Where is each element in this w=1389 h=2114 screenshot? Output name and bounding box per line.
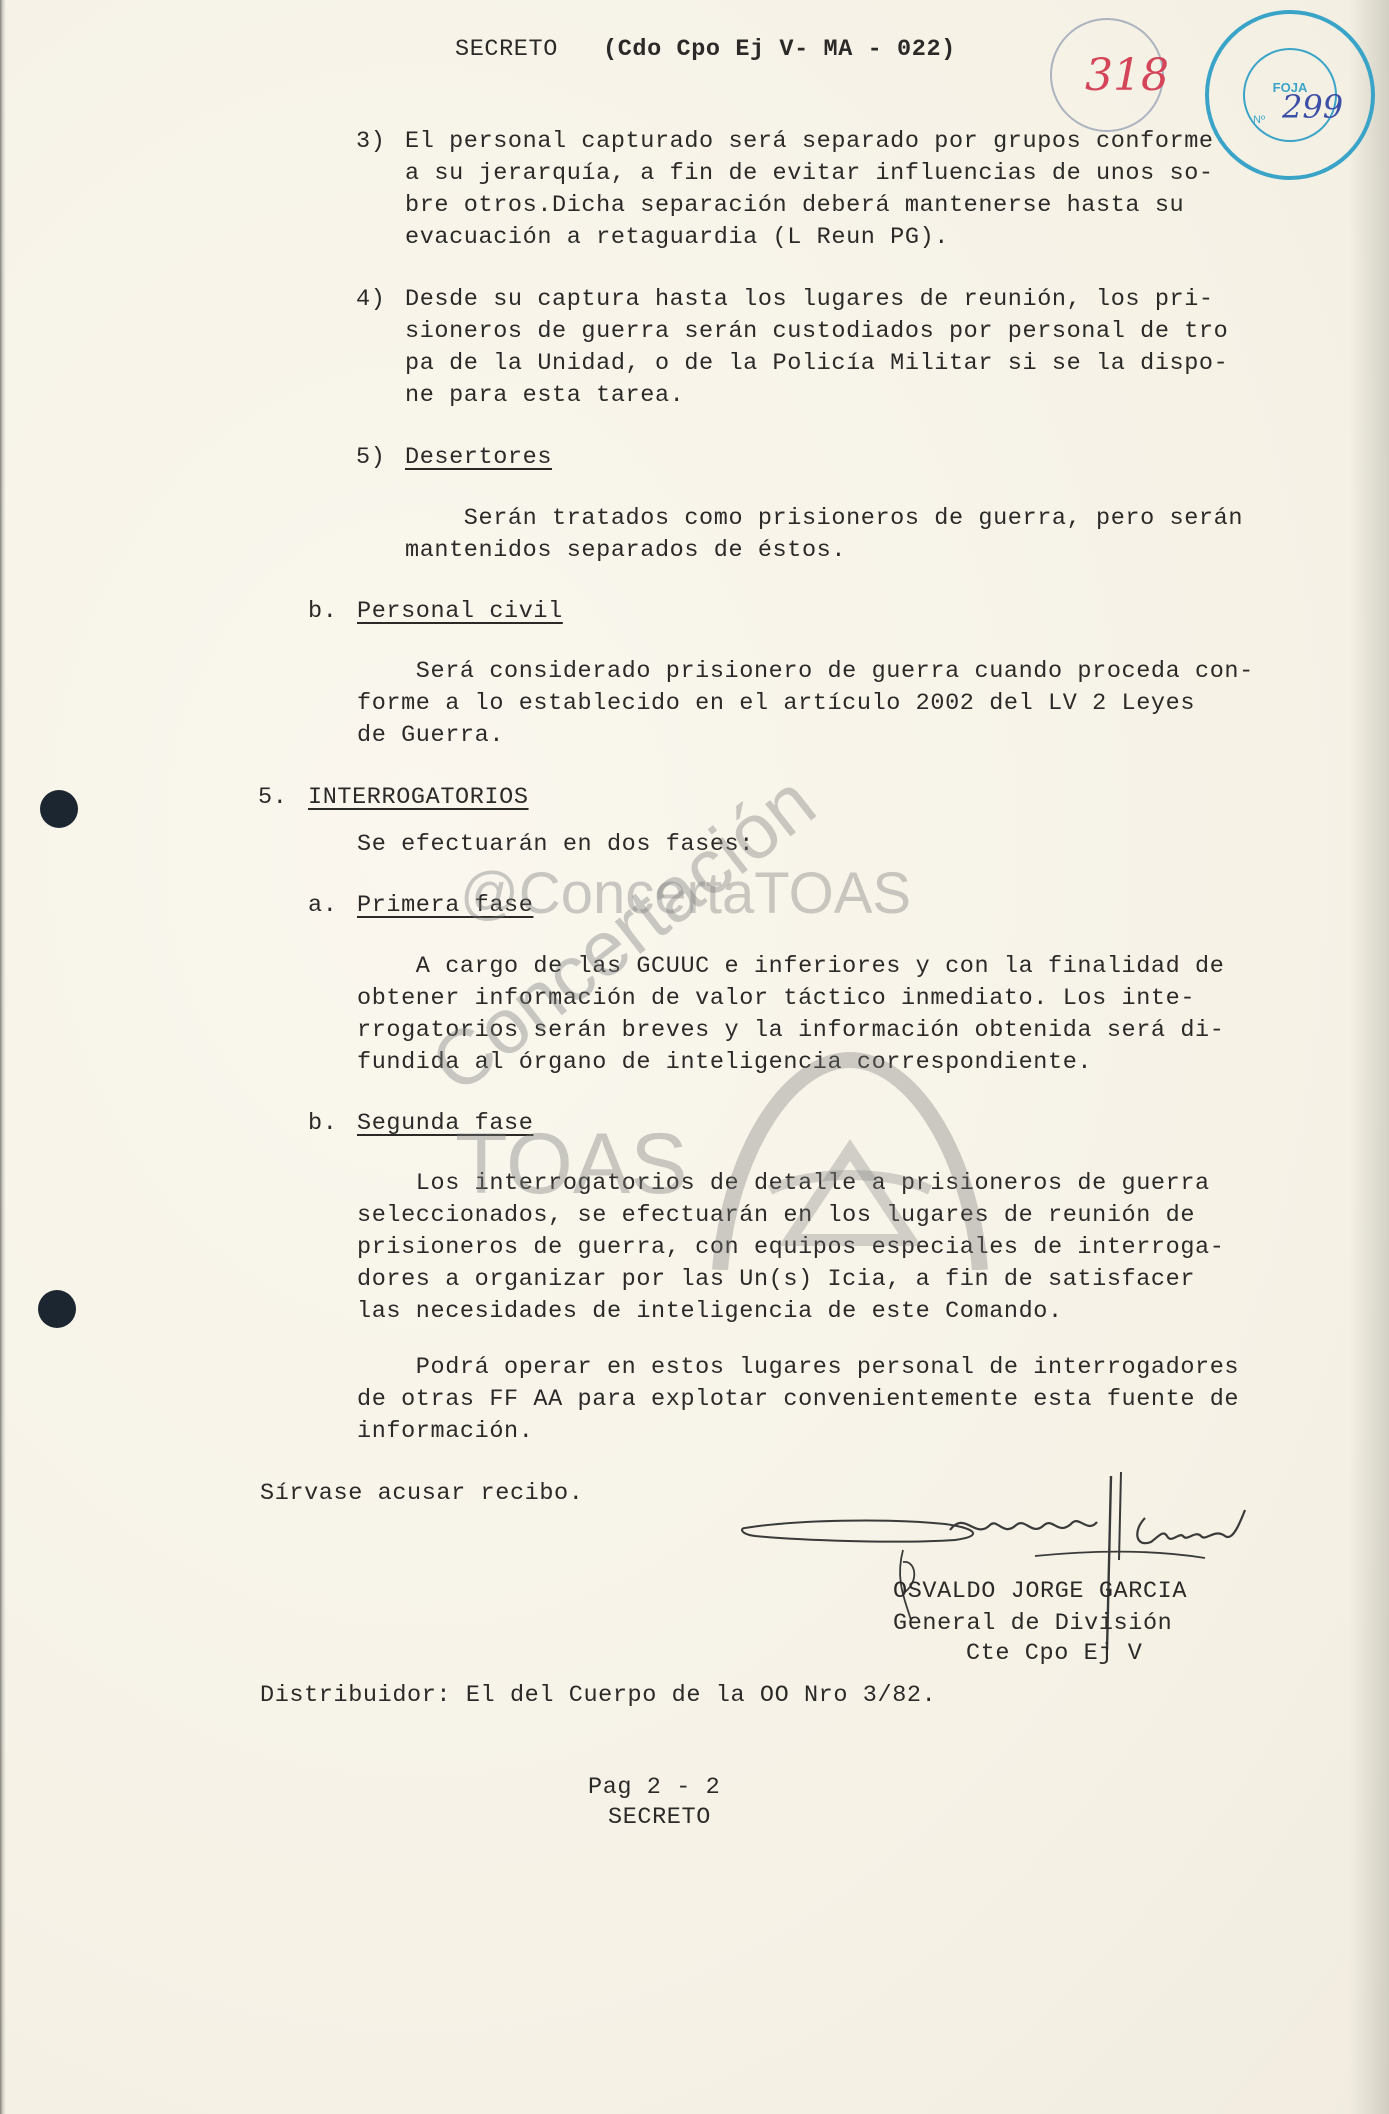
distribution-note: Distribuidor: El del Cuerpo de la OO Nro… [260,1680,936,1712]
interrogatorios-title: INTERROGATORIOS [308,782,529,814]
item5-line-2: mantenidos separados de éstos. [405,535,846,567]
item5-title: Desertores [405,442,552,474]
acknowledge-receipt: Sírvase acusar recibo. [260,1478,583,1510]
hole-punch-upper [40,790,78,828]
item3-line-3: bre otros.Dicha separación deberá manten… [405,190,1184,222]
item5-line-1: Serán tratados como prisioneros de guerr… [405,503,1243,535]
primera-fase-title: Primera fase [357,890,533,922]
primera-fase-line-2: obtener información de valor táctico inm… [357,983,1195,1015]
segunda-fase-line-5: las necesidades de inteligencia de este … [357,1296,1063,1328]
civil-letter: b. [308,596,337,628]
civil-title: Personal civil [357,596,563,628]
page-number: Pag 2 - 2 [588,1772,720,1804]
segunda-fase-para2-line-3: información. [357,1416,533,1448]
item3-line-1: El personal capturado será separado por … [405,126,1214,158]
item4-line-1: Desde su captura hasta los lugares de re… [405,284,1214,316]
item3-line-4: evacuación a retaguardia (L Reun PG). [405,222,949,254]
segunda-fase-title: Segunda fase [357,1108,533,1140]
header-reference: (Cdo Cpo Ej V- MA - 022) [603,34,956,66]
interrogatorios-intro: Se efectuarán en dos fases: [357,829,754,861]
hole-punch-lower [38,1290,76,1328]
item4-line-2: sioneros de guerra serán custodiados por… [405,316,1228,348]
signatory-name: OSVALDO JORGE GARCIA [893,1576,1187,1608]
item4-number: 4) [356,284,385,316]
document-page: SECRETO (Cdo Cpo Ej V- MA - 022) 318 FOJ… [0,0,1389,2114]
item4-line-4: ne para esta tarea. [405,380,684,412]
signatory-rank: General de División [893,1608,1172,1640]
item5-number: 5) [356,442,385,474]
watermark-logo-icon [700,1040,1000,1270]
header-classification: SECRETO [455,34,558,66]
civil-line-3: de Guerra. [357,720,504,752]
civil-line-1: Será considerado prisionero de guerra cu… [357,656,1254,688]
segunda-fase-letter: b. [308,1108,337,1140]
blue-stamp-no-label: Nº [1253,114,1265,126]
footer-classification: SECRETO [608,1802,711,1834]
primera-fase-line-1: A cargo de las GCUUC e inferiores y con … [357,951,1224,983]
segunda-fase-para2-line-2: de otras FF AA para explotar conveniente… [357,1384,1239,1416]
item4-line-3: pa de la Unidad, o de la Policía Militar… [405,348,1228,380]
item3-number: 3) [356,126,385,158]
item3-line-2: a su jerarquía, a fin de evitar influenc… [405,158,1214,190]
civil-line-2: forme a lo establecido en el artículo 20… [357,688,1195,720]
signatory-post: Cte Cpo Ej V [966,1638,1142,1670]
interrogatorios-number: 5. [258,782,287,814]
segunda-fase-para2-line-1: Podrá operar en estos lugares personal d… [357,1352,1239,1384]
red-folio-number: 318 [1085,50,1169,101]
blue-stamp-number: 299 [1282,88,1343,126]
primera-fase-letter: a. [308,890,337,922]
